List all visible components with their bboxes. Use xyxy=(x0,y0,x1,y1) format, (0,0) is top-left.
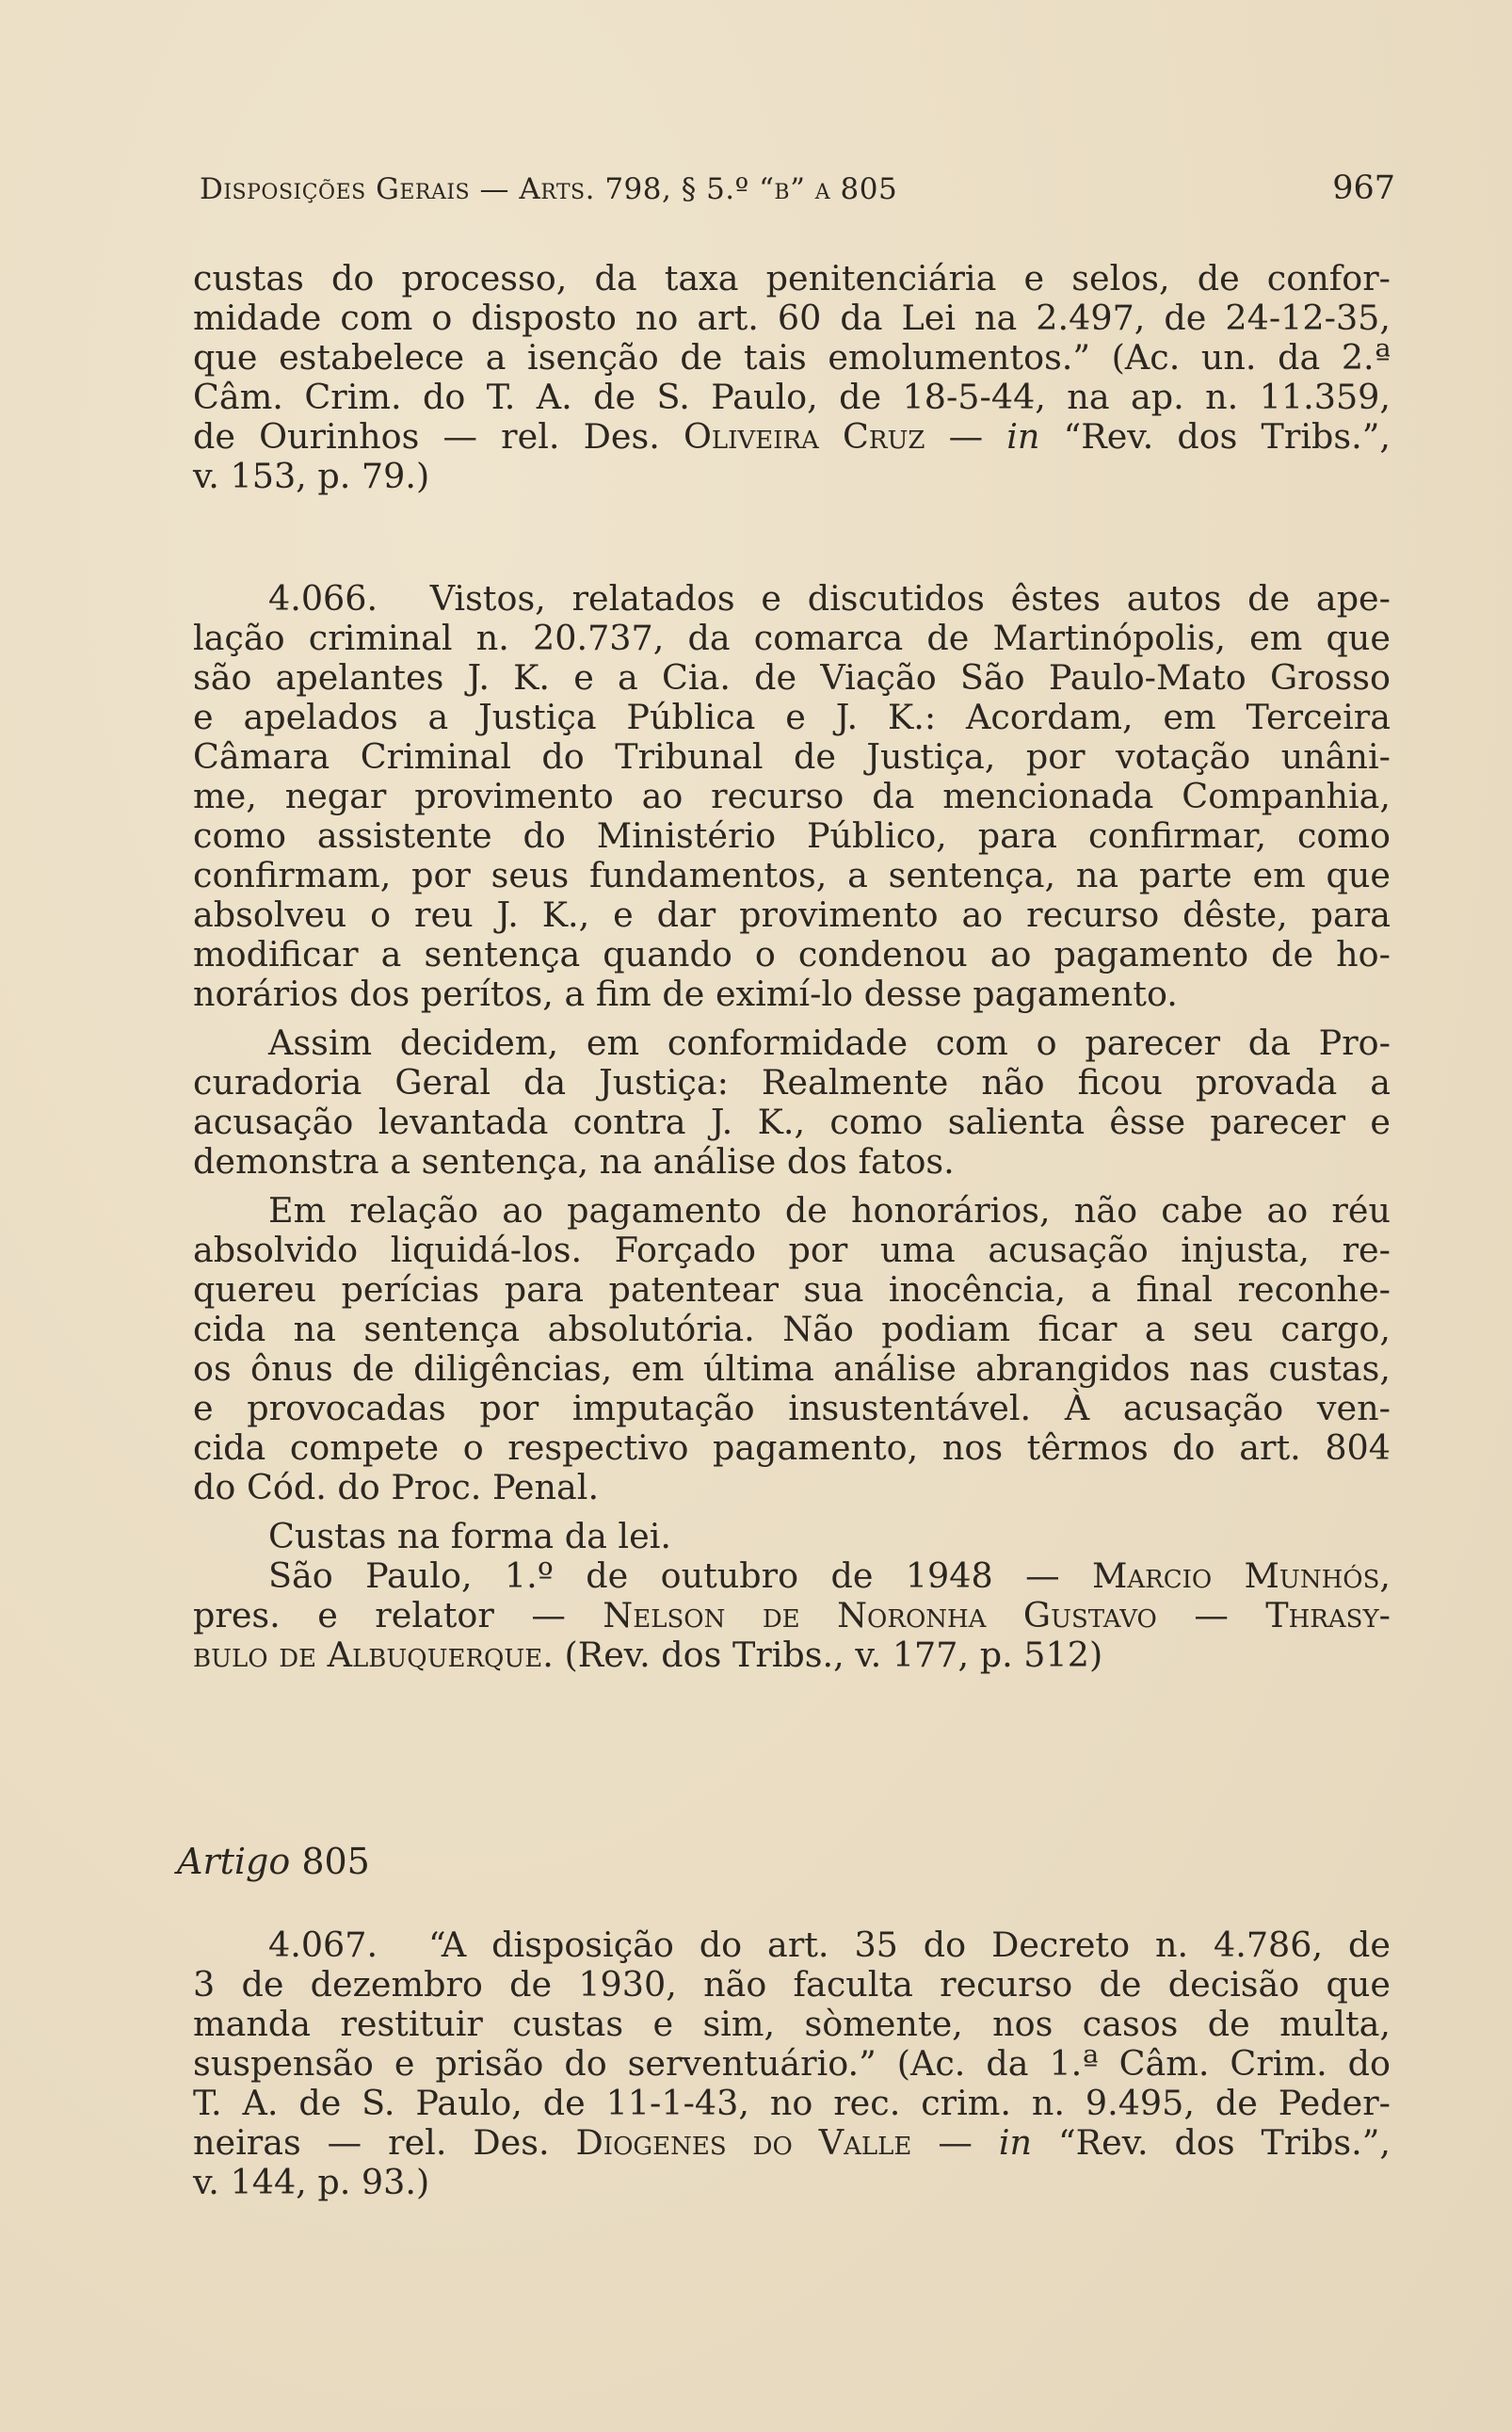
text-line: T. A. de S. Paulo, de 11-1-43, no rec. c… xyxy=(193,2084,1391,2123)
text-fragment: “A disposição do art. 35 do Decreto n. 4… xyxy=(428,1925,1391,1965)
text-line: norários dos perítos, a fim de eximí-lo … xyxy=(193,974,1391,1014)
text-line: Câmara Criminal do Tribunal de Justiça, … xyxy=(193,737,1391,777)
text-line: são apelantes J. K. e a Cia. de Viação S… xyxy=(193,658,1391,698)
judge-name: Nelson de Noronha Gustavo xyxy=(603,1595,1157,1635)
text-line: absolvido liquidá-los. Forçado por uma a… xyxy=(193,1231,1391,1270)
entry-4066: 4.066. Vistos, relatados e discutidos ês… xyxy=(193,579,1391,1675)
text-line: Custas na forma da lei. xyxy=(193,1517,1391,1556)
text-line: Em relação ao pagamento de honorários, n… xyxy=(193,1191,1391,1231)
text-line: e apelados a Justiça Pública e J. K.: Ac… xyxy=(193,698,1391,737)
text-fragment: pres. e relator — xyxy=(193,1595,603,1635)
text-line: cida compete o respectivo pagamento, nos… xyxy=(193,1428,1391,1468)
text-line: quereu perícias para patentear sua inocê… xyxy=(193,1270,1391,1310)
text-line: os ônus de diligências, em última anális… xyxy=(193,1349,1391,1389)
text-fragment: — xyxy=(911,2122,998,2163)
text-line: modificar a sentença quando o condenou a… xyxy=(193,935,1391,974)
text-line: e provocadas por imputação insustentável… xyxy=(193,1389,1391,1428)
text-fragment: — xyxy=(925,416,1006,457)
book-page: Disposições Gerais — Arts. 798, § 5.º “b… xyxy=(0,0,1512,2432)
text-fragment: Vistos, relatados e discutidos êstes aut… xyxy=(430,578,1391,619)
text-line: 4.067. “A disposição do art. 35 do Decre… xyxy=(193,1925,1391,1965)
entry-number: 4.067. xyxy=(268,1925,378,1965)
section-number: 805 xyxy=(290,1841,370,1882)
text-line: de Ourinhos — rel. Des. Oliveira Cruz — … xyxy=(193,417,1391,457)
text-line: que estabelece a isenção de tais emolume… xyxy=(193,338,1391,378)
text-line: do Cód. do Proc. Penal. xyxy=(193,1468,1391,1507)
text-line: acusação levantada contra J. K., como sa… xyxy=(193,1103,1391,1142)
text-line: como assistente do Ministério Público, p… xyxy=(193,816,1391,856)
text-fragment: São Paulo, 1.º de outubro de 1948 — xyxy=(268,1555,1092,1596)
text-fragment: neiras — rel. Des. xyxy=(193,2122,576,2163)
text-line: demonstra a sentença, na análise dos fat… xyxy=(193,1142,1391,1182)
text-line: lação criminal n. 20.737, da comarca de … xyxy=(193,619,1391,658)
running-title: Disposições Gerais — Arts. 798, § 5.º “b… xyxy=(200,172,897,206)
judge-name: bulo de Albuquerque. xyxy=(193,1635,554,1675)
text-line: 3 de dezembro de 1930, não faculta recur… xyxy=(193,1965,1391,2005)
text-line: v. 144, p. 93.) xyxy=(193,2163,1391,2202)
text-fragment: in xyxy=(1006,416,1039,457)
text-line: confirmam, por seus fundamentos, a sente… xyxy=(193,856,1391,895)
text-line: neiras — rel. Des. Diogenes do Valle — i… xyxy=(193,2123,1391,2163)
signature-line: bulo de Albuquerque. (Rev. dos Tribs., v… xyxy=(193,1635,1391,1675)
text-line: manda restituir custas e sim, sòmente, n… xyxy=(193,2005,1391,2044)
text-line: Câm. Crim. do T. A. de S. Paulo, de 18-5… xyxy=(193,378,1391,417)
text-fragment: in xyxy=(999,2122,1032,2163)
text-line: absolveu o reu J. K., e dar provimento a… xyxy=(193,895,1391,935)
text-line: suspensão e prisão do serventuário.” (Ac… xyxy=(193,2044,1391,2084)
text-fragment: — xyxy=(1157,1595,1265,1635)
text-line: custas do processo, da taxa penitenciári… xyxy=(193,259,1391,298)
judge-name: Thrasy- xyxy=(1265,1595,1391,1635)
judge-name: Oliveira Cruz xyxy=(684,416,925,457)
text-fragment: “Rev. dos Tribs.”, xyxy=(1039,416,1391,457)
continuation-paragraph: custas do processo, da taxa penitenciári… xyxy=(193,259,1391,496)
text-line: cida na sentença absolutória. Não podiam… xyxy=(193,1310,1391,1349)
section-heading: Artigo 805 xyxy=(177,1841,370,1882)
judge-name: Marcio Munhós, xyxy=(1092,1555,1391,1596)
entry-4067: 4.067. “A disposição do art. 35 do Decre… xyxy=(193,1925,1391,2202)
entry-number: 4.066. xyxy=(268,578,378,619)
text-line: me, negar provimento ao recurso da menci… xyxy=(193,777,1391,816)
running-head: Disposições Gerais — Arts. 798, § 5.º “b… xyxy=(200,169,1395,207)
text-line: curadoria Geral da Justiça: Realmente nã… xyxy=(193,1063,1391,1103)
text-fragment: “Rev. dos Tribs.”, xyxy=(1032,2122,1391,2163)
text-line: midade com o disposto no art. 60 da Lei … xyxy=(193,298,1391,338)
signature-line: pres. e relator — Nelson de Noronha Gust… xyxy=(193,1596,1391,1635)
text-line: v. 153, p. 79.) xyxy=(193,457,1391,496)
text-fragment: de Ourinhos — rel. Des. xyxy=(193,416,684,457)
page-number: 967 xyxy=(1332,169,1395,207)
section-label: Artigo xyxy=(177,1841,290,1882)
signature-line: São Paulo, 1.º de outubro de 1948 — Marc… xyxy=(193,1556,1391,1596)
judge-name: Diogenes do Valle xyxy=(576,2122,912,2163)
text-fragment: (Rev. dos Tribs., v. 177, p. 512) xyxy=(554,1635,1102,1675)
text-line: Assim decidem, em conformidade com o par… xyxy=(193,1023,1391,1063)
text-line: 4.066. Vistos, relatados e discutidos ês… xyxy=(193,579,1391,619)
